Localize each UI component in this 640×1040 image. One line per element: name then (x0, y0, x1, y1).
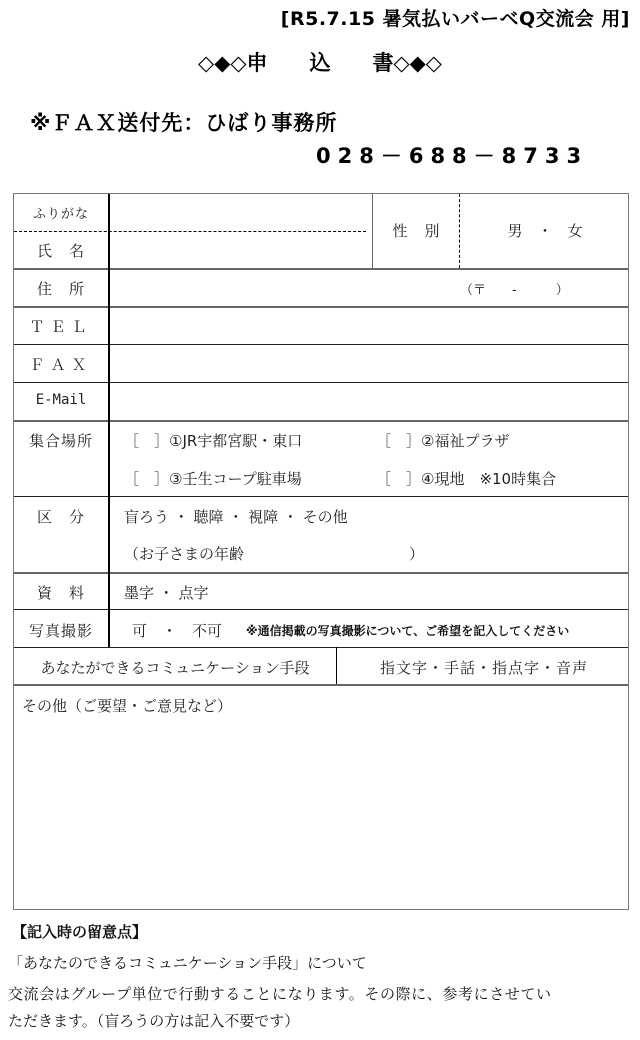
furigana-field[interactable] (110, 194, 372, 231)
fax-destination: ※ＦＡＸ送付先：ひばり事務所 (30, 107, 337, 137)
fax-field[interactable] (110, 346, 628, 382)
category-label: 区 分 (14, 506, 108, 527)
notes-line-3: ただきます。（盲ろうの方は記入不要です） (8, 1010, 299, 1031)
title-part-1: ◇◆◇申 (198, 51, 267, 75)
other-label: その他（ご要望・ご意見など） (22, 695, 232, 716)
row-divider (14, 684, 628, 686)
communication-label: あなたができるコミュニケーション手段 (14, 657, 336, 678)
tel-label: ＴＥＬ (14, 316, 108, 337)
comm-divider (336, 647, 337, 684)
meeting-option-1[interactable]: ［ ］①JR宇都宮駅・東口 (124, 430, 302, 451)
gender-options-divider (459, 194, 460, 268)
row-divider (14, 420, 628, 422)
material-options[interactable]: 墨字 ・ 点字 (124, 582, 209, 603)
photo-label: 写真撮影 (14, 620, 108, 641)
notes-line-2: 交流会はグループ単位で行動することになります。その際に、参考にさせてい (8, 983, 552, 1004)
postal-code-hint: （〒 - ） (460, 279, 569, 298)
meeting-option-2[interactable]: ［ ］②福祉プラザ (376, 430, 509, 451)
meeting-option-3[interactable]: ［ ］③壬生コープ駐車場 (124, 468, 302, 489)
address-label: 住 所 (14, 278, 108, 299)
category-options[interactable]: 盲ろう ・ 聴障 ・ 視障 ・ その他 (124, 506, 348, 527)
row-divider (14, 382, 628, 383)
communication-options[interactable]: 指文字・手話・指点字・音声 (338, 657, 630, 678)
furigana-label: ふりがな (14, 203, 108, 222)
meeting-place-label: 集合場所 (14, 430, 108, 451)
notes-line-1: 「あなたのできるコミュニケーション手段」について (8, 952, 367, 973)
title-part-2: 込 (310, 51, 331, 75)
row-divider (14, 572, 628, 574)
fax-number: 028－688－8733 (316, 140, 588, 170)
name-label: 氏 名 (14, 240, 108, 261)
photo-note: ※通信掲載の写真撮影について、ご希望を記入してください (246, 622, 569, 639)
material-label: 資 料 (14, 582, 108, 603)
gender-box-divider (372, 194, 373, 268)
name-field[interactable] (110, 232, 372, 268)
gender-options[interactable]: 男 ・ 女 (461, 220, 629, 241)
email-label: E-Mail (14, 392, 108, 408)
event-label: [R5.7.15 暑気払いバーベQ交流会 用] (281, 4, 630, 31)
other-comments-field[interactable] (16, 719, 626, 907)
photo-options[interactable]: 可 ・ 不可 (132, 620, 222, 641)
row-divider (14, 344, 628, 345)
row-divider (14, 496, 628, 497)
form-title: ◇◆◇申込書◇◆◇ (0, 47, 640, 77)
email-field[interactable] (110, 384, 628, 420)
child-age-field[interactable]: （お子さまの年齢 ） (124, 543, 424, 564)
gender-label: 性 別 (374, 220, 459, 241)
notes-heading: 【記入時の留意点】 (12, 921, 147, 942)
title-part-3: 書◇◆◇ (373, 51, 442, 75)
row-divider (14, 647, 628, 648)
tel-field[interactable] (110, 308, 628, 344)
row-divider (14, 609, 628, 610)
application-form-table: ふりがな 氏 名 性 別 男 ・ 女 住 所 （〒 - ） ＴＥＬ ＦＡＸ E-… (13, 193, 629, 910)
fax-label: ＦＡＸ (14, 354, 108, 375)
meeting-option-4[interactable]: ［ ］④現地 ※10時集合 (376, 468, 556, 489)
